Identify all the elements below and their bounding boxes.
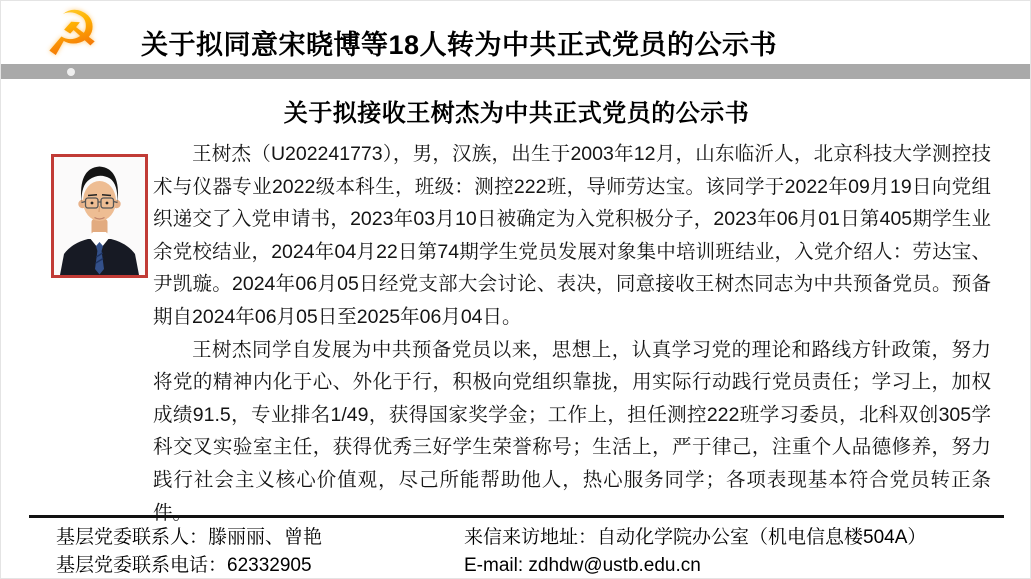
- contact-phone-line: 基层党委联系电话：62332905: [56, 552, 322, 579]
- party-emblem-icon: ☭ ☭: [35, 0, 109, 67]
- mail-address-line: 来信来访地址：自动化学院办公室（机电信息楼504A）: [464, 524, 926, 552]
- divider-bar: [1, 64, 1031, 79]
- svg-text:☭: ☭: [44, 0, 100, 67]
- scroll-dot-icon: [67, 68, 75, 76]
- email-line: E-mail: zdhdw@ustb.edu.cn: [464, 552, 926, 579]
- notice-body: 王树杰（U202241773），男，汉族，出生于2003年12月，山东临沂人，北…: [153, 138, 991, 529]
- notice-paragraph-1: 王树杰（U202241773），男，汉族，出生于2003年12月，山东临沂人，北…: [153, 138, 991, 334]
- footer-contact-block: 基层党委联系人：滕丽丽、曾艳 基层党委联系电话：62332905: [56, 524, 322, 579]
- notice-page: ☭ ☭ 关于拟同意宋晓博等18人转为中共正式党员的公示书 关于拟接收王树杰为中共…: [0, 0, 1031, 579]
- footer-address-block: 来信来访地址：自动化学院办公室（机电信息楼504A） E-mail: zdhdw…: [464, 524, 926, 579]
- window-title: 关于拟同意宋晓博等18人转为中共正式党员的公示书: [141, 23, 777, 62]
- footer-divider: [29, 515, 1004, 518]
- notice-title: 关于拟接收王树杰为中共正式党员的公示书: [1, 93, 1031, 128]
- contact-person-line: 基层党委联系人：滕丽丽、曾艳: [56, 524, 322, 552]
- notice-paragraph-2: 王树杰同学自发展为中共预备党员以来，思想上，认真学习党的理论和路线方针政策，努力…: [153, 334, 991, 530]
- portrait-photo: [51, 154, 148, 278]
- portrait-illustration: [54, 157, 145, 275]
